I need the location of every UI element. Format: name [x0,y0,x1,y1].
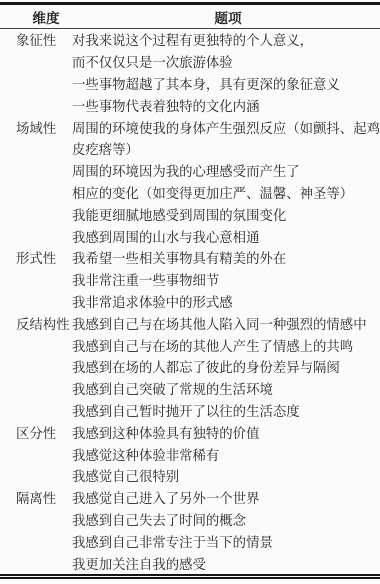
table-row: 我感到自己失去了时间的概念 [0,509,380,531]
table-row: 我感觉自己很特别 [0,465,380,487]
table-row: 一些事物代表着独特的文化内涵 [0,94,380,116]
item-cell: 我感到这种体验具有独特的价值 [72,423,380,442]
table-row: 周围的环境因为我的心理感受而产生了 [0,160,380,182]
table-row: 皮疙瘩等） [0,138,380,160]
dimension-cell: 场域性 [0,118,72,137]
table-row: 象征性 对我来说这个过程有更独特的个人意义， [0,29,380,51]
item-cell: 我非常注重一些事物细节 [72,270,380,289]
table-row: 我感到自己与在场的其他人产生了情感上的共鸣 [0,334,380,356]
dimension-cell: 象征性 [0,30,72,49]
item-cell: 而不仅仅只是一次旅游体验 [72,52,380,71]
item-cell: 我能更细腻地感受到周围的氛围变化 [72,205,380,224]
item-cell: 我感到自己暂时抛开了以往的生活态度 [72,401,380,420]
table-row: 我感到自己非常专注于当下的情景 [0,530,380,552]
table-row: 场域性 周围的环境使我的身体产生强烈反应（如颤抖、起鸡 [0,116,380,138]
item-cell: 一些事物代表着独特的文化内涵 [72,96,380,115]
item-column-header: 题项 [92,7,380,27]
dimension-cell: 隔离性 [0,488,72,507]
scale-items-table: 维度 题项 象征性 对我来说这个过程有更独特的个人意义， 而不仅仅只是一次旅游体… [0,2,380,579]
dimension-cell: 区分性 [0,423,72,442]
item-cell: 对我来说这个过程有更独特的个人意义， [72,30,380,49]
item-cell: 我感觉自己很特别 [72,466,380,485]
item-cell: 周围的环境使我的身体产生强烈反应（如颤抖、起鸡 [72,118,380,137]
table-body: 象征性 对我来说这个过程有更独特的个人意义， 而不仅仅只是一次旅游体验 一些事物… [0,29,380,574]
item-cell: 我感觉这种体验非常稀有 [72,445,380,464]
table-row: 相应的变化（如变得更加庄严、温馨、神圣等） [0,182,380,204]
table-row: 而不仅仅只是一次旅游体验 [0,51,380,73]
table-row: 形式性 我希望一些相关事物具有精美的外在 [0,247,380,269]
item-cell: 我感到自己与在场其他人陷入同一种强烈的情感中 [72,314,380,333]
table-row: 一些事物超越了其本身，具有更深的象征意义 [0,73,380,95]
table-row: 我感到周围的山水与我心意相通 [0,225,380,247]
item-cell: 我感到在场的人都忘了彼此的身份差异与隔阂 [72,357,380,376]
table-row: 反结构性 我感到自己与在场其他人陷入同一种强烈的情感中 [0,312,380,334]
item-cell: 我感到自己失去了时间的概念 [72,510,380,529]
item-cell: 我感到自己非常专注于当下的情景 [72,532,380,551]
dimension-cell: 反结构性 [0,314,72,333]
item-cell: 相应的变化（如变得更加庄严、温馨、神圣等） [72,183,380,202]
item-cell: 我感到周围的山水与我心意相通 [72,227,380,246]
dimension-cell: 形式性 [0,248,72,267]
table-row: 区分性 我感到这种体验具有独特的价值 [0,421,380,443]
item-cell: 皮疙瘩等） [72,139,380,158]
item-cell: 一些事物超越了其本身，具有更深的象征意义 [72,74,380,93]
item-cell: 我非常追求体验中的形式感 [72,292,380,311]
item-cell: 我更加关注自我的感受 [72,554,380,573]
table-row: 我非常追求体验中的形式感 [0,291,380,313]
table-row: 我非常注重一些事物细节 [0,269,380,291]
item-cell: 我感觉自己进入了另外一个世界 [72,488,380,507]
item-cell: 我感到自己与在场的其他人产生了情感上的共鸣 [72,336,380,355]
dimension-column-header: 维度 [0,7,92,27]
table-row: 我感到自己突破了常规的生活环境 [0,378,380,400]
table-header-row: 维度 题项 [0,5,380,29]
table-row: 我感到自己暂时抛开了以往的生活态度 [0,400,380,422]
table-row: 我能更细腻地感受到周围的氛围变化 [0,203,380,225]
table-row: 我更加关注自我的感受 [0,552,380,574]
item-cell: 周围的环境因为我的心理感受而产生了 [72,161,380,180]
item-cell: 我感到自己突破了常规的生活环境 [72,379,380,398]
table-row: 隔离性 我感觉自己进入了另外一个世界 [0,487,380,509]
item-cell: 我希望一些相关事物具有精美的外在 [72,248,380,267]
table-row: 我感到在场的人都忘了彼此的身份差异与隔阂 [0,356,380,378]
table-row: 我感觉这种体验非常稀有 [0,443,380,465]
